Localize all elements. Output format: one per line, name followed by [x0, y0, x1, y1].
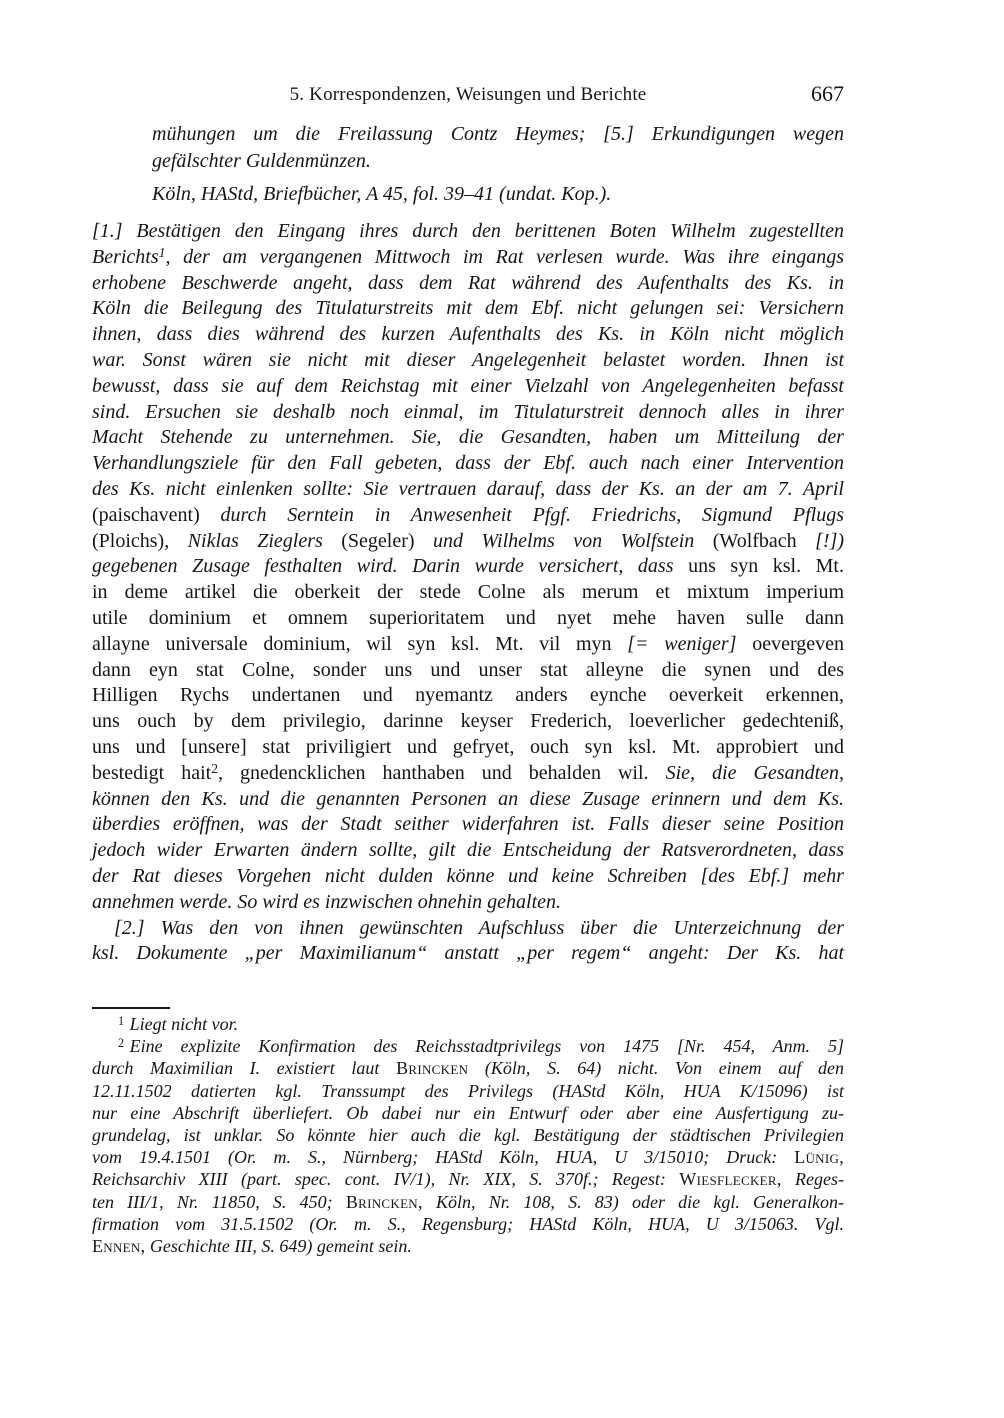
- text-segment: uns ouch by dem privilegio, darinne keys…: [92, 710, 844, 732]
- text-segment: durch Maximilian I. existiert laut: [92, 1058, 396, 1078]
- text-segment: überdies eröffnen, was der Stadt seither…: [92, 813, 844, 835]
- text-segment: ihnen, dass dies während des kurzen Aufe…: [92, 323, 844, 345]
- main-text: [1.] Bestätigen den Eingang ihres durch …: [92, 219, 844, 967]
- body-line: Macht Stehende zu unternehmen. Sie, die …: [92, 425, 844, 451]
- body-line: ihnen, dass dies während des kurzen Aufe…: [92, 322, 844, 348]
- footnote-separator: [92, 1007, 170, 1009]
- body-line: können den Ks. und die genannten Persone…: [92, 787, 844, 813]
- text-segment: firmation vom 31.5.1502 (Or. m. S., Rege…: [92, 1214, 844, 1234]
- text-segment: vom 19.4.1501 (Or. m. S., Nürnberg; HASt…: [92, 1147, 794, 1167]
- summary-paragraph: mühungen um die Freilassung Contz Heymes…: [152, 121, 844, 174]
- body-line: Verhandlungsziele für den Fall gebeten, …: [92, 451, 844, 477]
- footnotes: 1Liegt nicht vor.2Eine explizite Konfirm…: [92, 1013, 844, 1257]
- footnote-line: ten III/1, Nr. 11850, S. 450; Brincken, …: [92, 1191, 844, 1213]
- text-segment: Ennen,: [92, 1236, 145, 1256]
- body-line: erhobene Beschwerde angeht, dass dem Rat…: [92, 271, 844, 297]
- text-segment: [2.] Was den von ihnen gewünschten Aufsc…: [114, 917, 844, 939]
- page-number: 667: [811, 82, 844, 106]
- text-segment: Geschichte III, S. 649) gemeint sein.: [145, 1236, 411, 1256]
- footnote-line: 2Eine explizite Konfirmation des Reichss…: [92, 1035, 844, 1057]
- text-segment: Lünig,: [794, 1147, 844, 1167]
- body-line: utile dominium et omnem superioritatem u…: [92, 606, 844, 632]
- text-segment: Brincken: [396, 1058, 468, 1078]
- footnote-line: 12.11.1502 datierten kgl. Transsumpt des…: [92, 1080, 844, 1102]
- footnote-line: 1Liegt nicht vor.: [92, 1013, 844, 1035]
- body-line: bestedigt hait2, gnedencklichen hanthabe…: [92, 761, 844, 787]
- text-segment: utile dominium et omnem superioritatem u…: [92, 607, 844, 629]
- text-segment: 12.11.1502 datierten kgl. Transsumpt des…: [92, 1081, 844, 1101]
- footnote-marker: 2: [211, 761, 218, 776]
- text-segment: (Wolfbach: [713, 530, 815, 552]
- body-line: (Ploichs), Niklas Zieglers (Segeler) und…: [92, 529, 844, 555]
- text-segment: Liegt nicht vor.: [130, 1014, 239, 1034]
- body-line: überdies eröffnen, was der Stadt seither…: [92, 812, 844, 838]
- text-segment: Reichsarchiv XIII (part. spec. cont. IV/…: [92, 1169, 679, 1189]
- body-line: dann eyn stat Colne, sonder uns und unse…: [92, 658, 844, 684]
- text-segment: Niklas Zieglers: [188, 530, 342, 552]
- text-segment: bewusst, dass sie auf dem Reichstag mit …: [92, 375, 844, 397]
- text-segment: gegebenen Zusage festhalten wird. Darin …: [92, 555, 688, 577]
- body-line: der Rat dieses Vorgehen nicht dulden kön…: [92, 864, 844, 890]
- body-line: uns ouch by dem privilegio, darinne keys…: [92, 709, 844, 735]
- running-header: 5. Korrespondenzen, Weisungen und Berich…: [92, 83, 844, 107]
- text-segment: Brincken,: [346, 1192, 423, 1212]
- footnote-marker: 1: [118, 1014, 124, 1028]
- body-line: Köln die Beilegung des Titulaturstreits …: [92, 296, 844, 322]
- text-segment: Köln, HAStd, Briefbücher, A 45, fol. 39–…: [152, 183, 611, 205]
- text-segment: [!]): [815, 530, 844, 552]
- text-segment: können den Ks. und die genannten Persone…: [92, 788, 844, 810]
- text-segment: Köln, Nr. 108, S. 83) oder die kgl. Gene…: [423, 1192, 844, 1212]
- text-segment: uns und [unsere] stat priviligiert und g…: [92, 736, 844, 758]
- text-segment: grundelag, ist unklar. So könnte hier au…: [92, 1125, 844, 1145]
- footnote-marker: 2: [118, 1036, 124, 1050]
- document-page: 5. Korrespondenzen, Weisungen und Berich…: [0, 0, 1004, 1418]
- body-line: annehmen werde. So wird es inzwischen oh…: [92, 890, 844, 916]
- footnote-line: firmation vom 31.5.1502 (Or. m. S., Rege…: [92, 1213, 844, 1235]
- text-segment: oevergeven: [752, 633, 844, 655]
- text-segment: war. Sonst wären sie nicht mit dieser An…: [92, 349, 844, 371]
- body-line: ksl. Dokumente „per Maximilianum“ anstat…: [92, 941, 844, 967]
- body-line: [1.] Bestätigen den Eingang ihres durch …: [92, 219, 844, 245]
- body-line: sind. Ersuchen sie deshalb noch einmal, …: [92, 400, 844, 426]
- footnote-line: grundelag, ist unklar. So könnte hier au…: [92, 1124, 844, 1146]
- source-line: Köln, HAStd, Briefbücher, A 45, fol. 39–…: [152, 181, 844, 207]
- body-line: bewusst, dass sie auf dem Reichstag mit …: [92, 374, 844, 400]
- footnote-line: Ennen, Geschichte III, S. 649) gemeint s…: [92, 1235, 844, 1257]
- footnote-line: vom 19.4.1501 (Or. m. S., Nürnberg; HASt…: [92, 1146, 844, 1168]
- text-segment: Berichts: [92, 246, 159, 268]
- text-segment: Reges-: [782, 1169, 844, 1189]
- body-line: des Ks. nicht einlenken sollte: Sie vert…: [92, 477, 844, 503]
- body-line: allayne universale dominium, wil syn ksl…: [92, 632, 844, 658]
- text-segment: dann eyn stat Colne, sonder uns und unse…: [92, 659, 844, 681]
- text-segment: , gnedencklichen hanthaben und behalden …: [218, 762, 666, 784]
- text-segment: der Rat dieses Vorgehen nicht dulden kön…: [92, 865, 844, 887]
- text-segment: in deme artikel die oberkeit der stede C…: [92, 581, 844, 603]
- footnote-line: nur eine Abschrift überliefert. Ob dabei…: [92, 1102, 844, 1124]
- text-segment: Verhandlungsziele für den Fall gebeten, …: [92, 452, 844, 474]
- text-segment: und Wilhelms von Wolfstein: [433, 530, 713, 552]
- body-line: in deme artikel die oberkeit der stede C…: [92, 580, 844, 606]
- body-line: gegebenen Zusage festhalten wird. Darin …: [92, 554, 844, 580]
- text-segment: , der am vergangenen Mittwoch im Rat ver…: [165, 246, 844, 268]
- text-segment: (paischavent): [92, 504, 221, 526]
- section-heading: 5. Korrespondenzen, Weisungen und Berich…: [92, 83, 844, 107]
- text-segment: ten III/1, Nr. 11850, S. 450;: [92, 1192, 346, 1212]
- text-segment: Hilligen Rychs undertanen und nyemantz a…: [92, 684, 844, 706]
- text-segment: uns syn ksl. Mt.: [688, 555, 844, 577]
- body-line: war. Sonst wären sie nicht mit dieser An…: [92, 348, 844, 374]
- body-line: [2.] Was den von ihnen gewünschten Aufsc…: [92, 916, 844, 942]
- body-line: uns und [unsere] stat priviligiert und g…: [92, 735, 844, 761]
- summary-line: gefälschter Guldenmünzen.: [152, 148, 844, 175]
- text-segment: Sie, die Gesandten,: [666, 762, 844, 784]
- summary-line: mühungen um die Freilassung Contz Heymes…: [152, 121, 844, 148]
- text-segment: nur eine Abschrift überliefert. Ob dabei…: [92, 1103, 844, 1123]
- text-segment: allayne universale dominium, wil syn ksl…: [92, 633, 627, 655]
- text-segment: bestedigt hait: [92, 762, 211, 784]
- text-segment: (Ploichs),: [92, 530, 188, 552]
- text-segment: Eine explizite Konfirmation des Reichsst…: [130, 1036, 844, 1056]
- body-line: Berichts1, der am vergangenen Mittwoch i…: [92, 245, 844, 271]
- text-segment: (Segeler): [341, 530, 433, 552]
- footnote-line: Reichsarchiv XIII (part. spec. cont. IV/…: [92, 1168, 844, 1190]
- text-segment: (Köln, S. 64) nicht. Von einem auf den: [468, 1058, 844, 1078]
- text-segment: mühungen um die Freilassung Contz Heymes…: [152, 123, 844, 145]
- text-segment: Wiesflecker,: [679, 1169, 781, 1189]
- text-segment: durch Serntein in Anwesenheit Pfgf. Frie…: [221, 504, 844, 526]
- text-segment: jedoch wider Erwarten ändern sollte, gil…: [92, 839, 844, 861]
- text-segment: des Ks. nicht einlenken sollte: Sie vert…: [92, 478, 844, 500]
- text-segment: sind. Ersuchen sie deshalb noch einmal, …: [92, 401, 844, 423]
- text-segment: gefälschter Guldenmünzen.: [152, 150, 371, 172]
- text-segment: [1.] Bestätigen den Eingang ihres durch …: [92, 220, 844, 242]
- text-segment: erhobene Beschwerde angeht, dass dem Rat…: [92, 272, 844, 294]
- body-line: (paischavent) durch Serntein in Anwesenh…: [92, 503, 844, 529]
- text-segment: Köln die Beilegung des Titulaturstreits …: [92, 297, 844, 319]
- text-segment: ksl. Dokumente „per Maximilianum“ anstat…: [92, 942, 844, 964]
- body-line: Hilligen Rychs undertanen und nyemantz a…: [92, 683, 844, 709]
- text-segment: Macht Stehende zu unternehmen. Sie, die …: [92, 426, 844, 448]
- text-segment: annehmen werde. So wird es inzwischen oh…: [92, 891, 561, 913]
- source-reference: Köln, HAStd, Briefbücher, A 45, fol. 39–…: [152, 181, 844, 207]
- body-line: jedoch wider Erwarten ändern sollte, gil…: [92, 838, 844, 864]
- footnote-line: durch Maximilian I. existiert laut Brinc…: [92, 1057, 844, 1079]
- text-segment: [= weniger]: [627, 633, 752, 655]
